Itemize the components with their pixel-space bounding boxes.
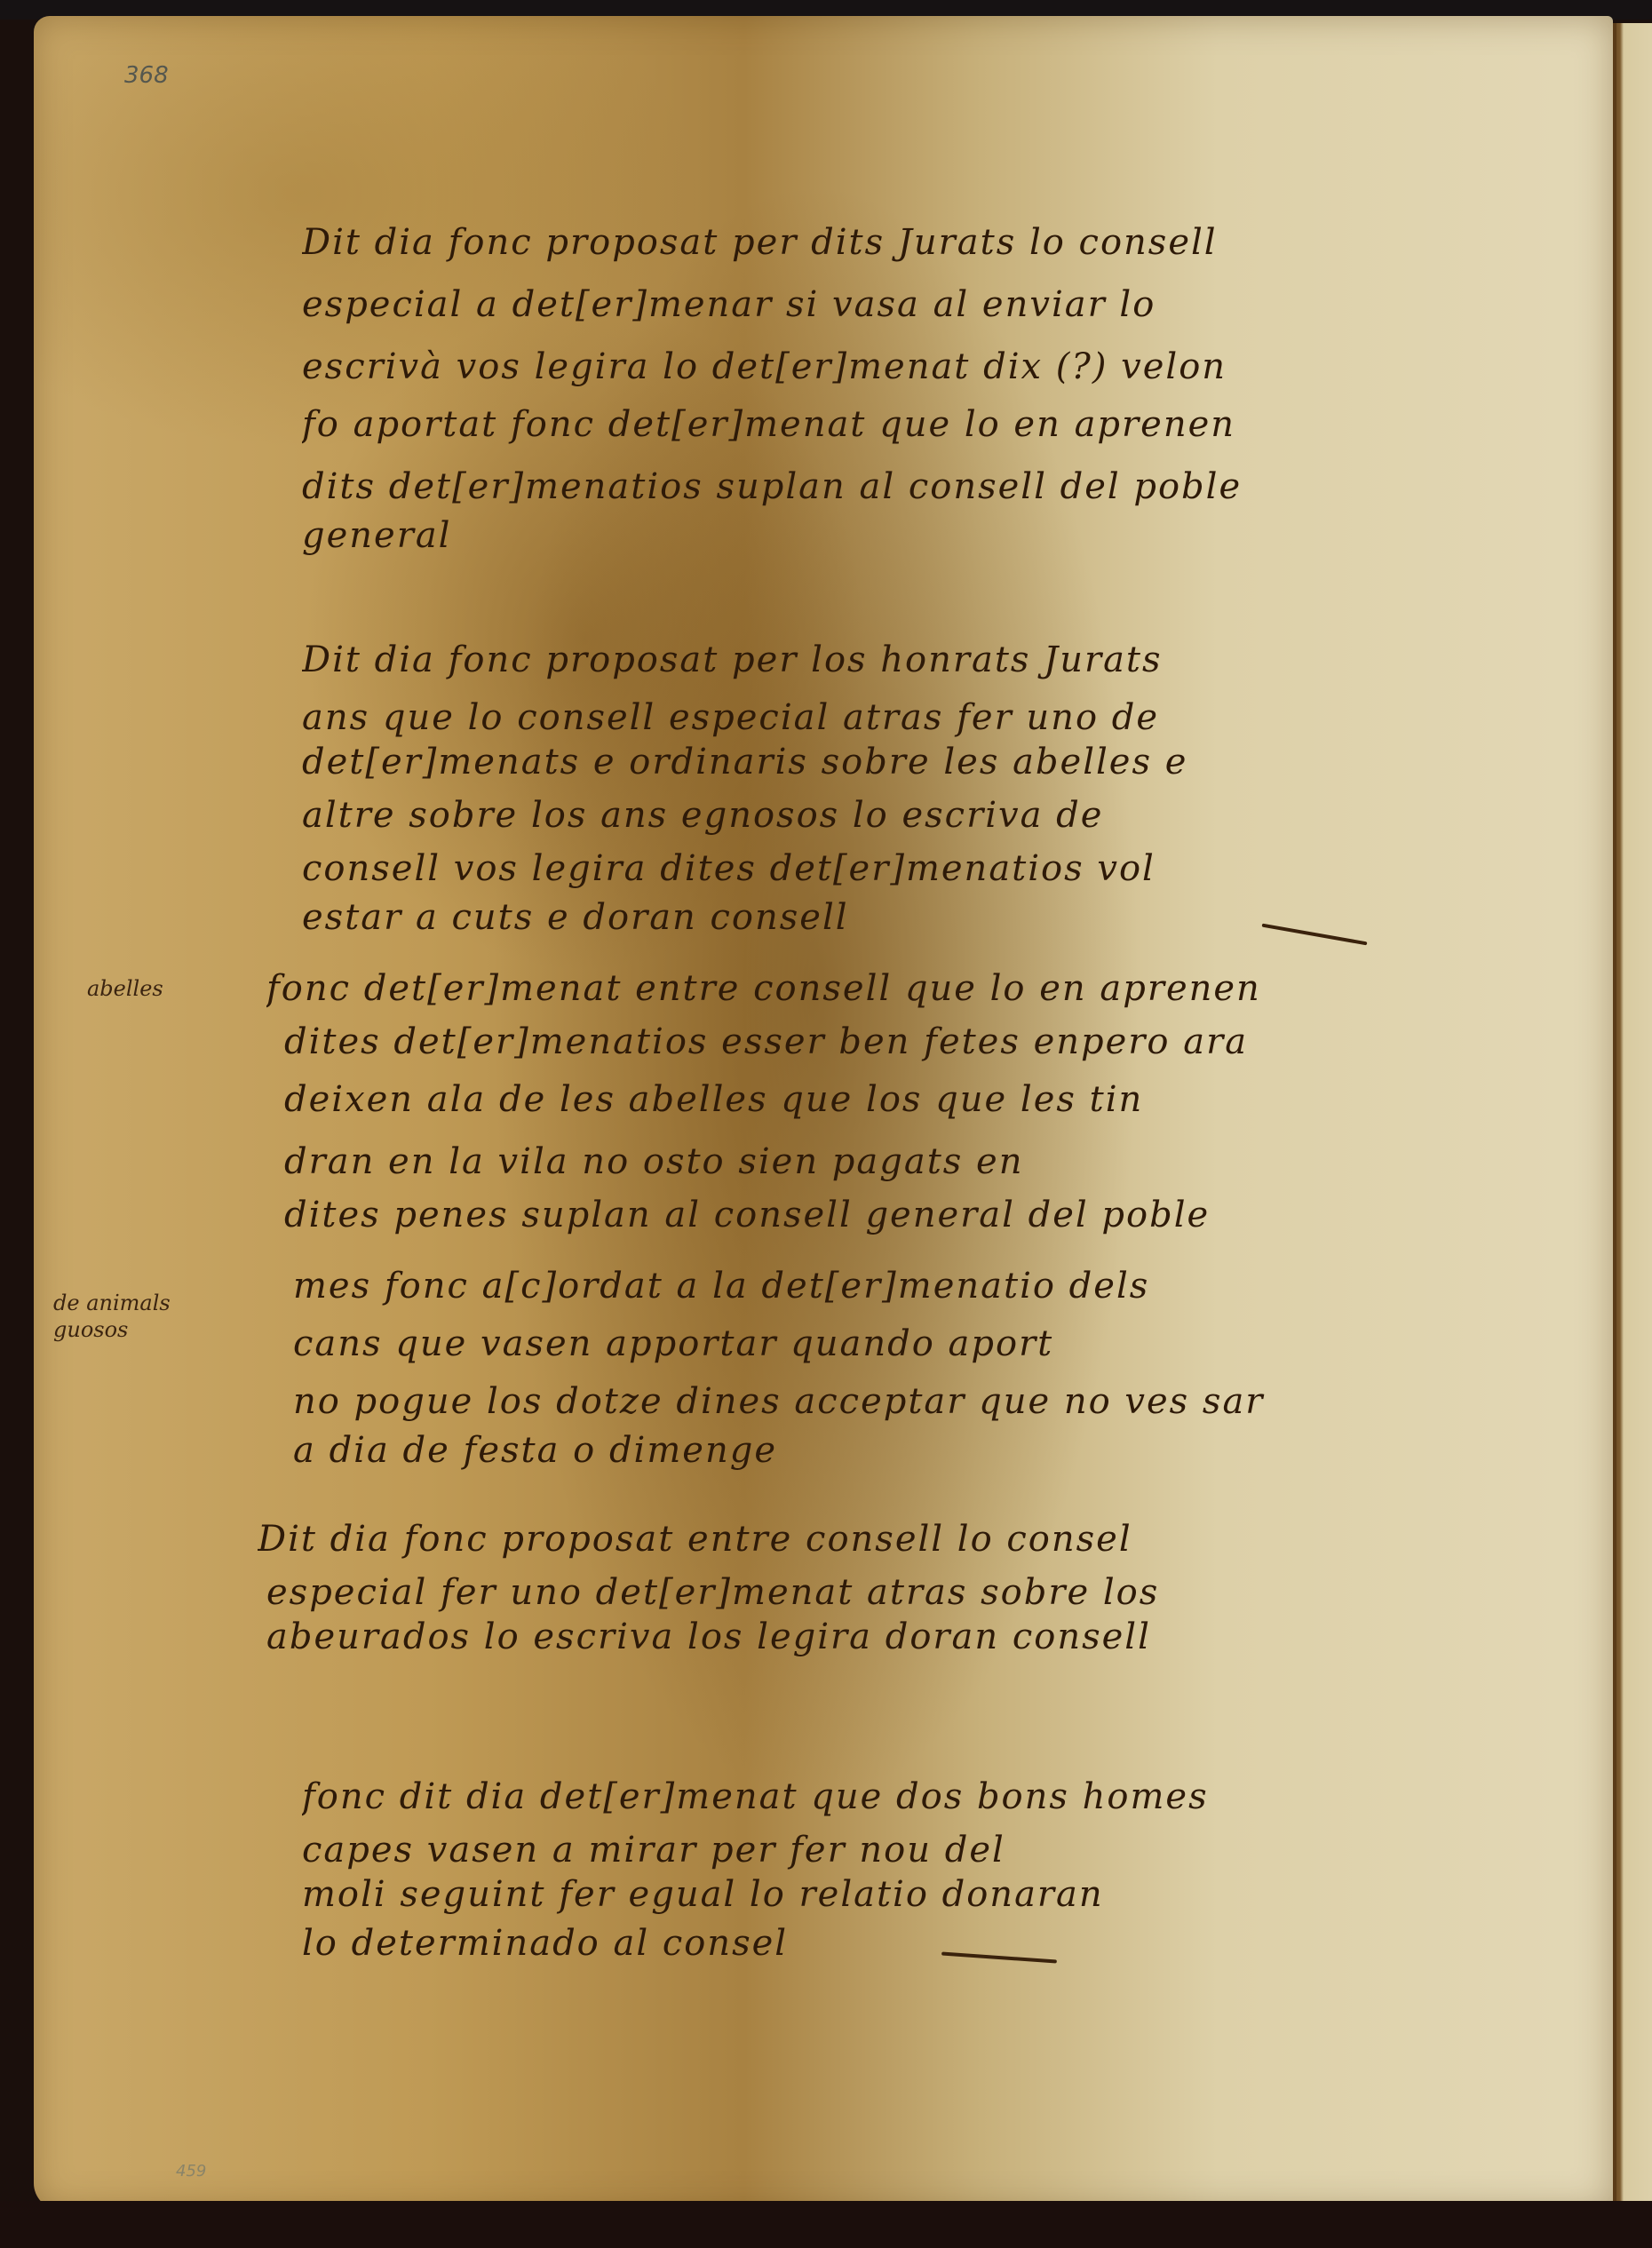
entry-6-line-4: lo determinado al consel: [302, 1923, 1528, 1964]
entry-4-line-3: no pogue los dotze dines acceptar que no…: [293, 1381, 1528, 1422]
margin-note-animals: de animals guosos: [53, 1290, 171, 1343]
folio-number-bottom: 459: [176, 2162, 206, 2180]
entry-2-line-5: consell vos legira dites det[er]menatios…: [302, 848, 1528, 889]
folio-number-top: 368: [124, 62, 169, 89]
entry-6-line-1: fonc dit dia det[er]menat que dos bons h…: [302, 1776, 1528, 1817]
entry-4-line-2: cans que vasen apportar quando aport: [293, 1323, 1528, 1364]
entry-2-line-2: ans que lo consell especial atras fer un…: [302, 697, 1528, 738]
entry-5-line-1: Dit dia fonc proposat entre consell lo c…: [258, 1519, 1528, 1560]
entry-1-line-5: dits det[er]menatios suplan al consell d…: [302, 466, 1528, 507]
entry-4-line-4: a dia de festa o dimenge: [293, 1430, 1528, 1471]
entry-1-line-3: escrivà vos legira lo det[er]menat dix (…: [302, 346, 1528, 387]
entry-2-line-3: det[er]menats e ordinaris sobre les abel…: [302, 742, 1528, 782]
entry-2-line-1: Dit dia fonc proposat per los honrats Ju…: [302, 639, 1528, 680]
entry-4-line-1: mes fonc a[c]ordat a la det[er]menatio d…: [293, 1266, 1528, 1307]
scan-background-bottom: [0, 2201, 1652, 2248]
entry-3-line-1: fonc det[er]menat entre consell que lo e…: [266, 968, 1528, 1009]
entry-6-line-2: capes vasen a mirar per fer nou del: [302, 1830, 1528, 1871]
entry-5-line-2: especial fer uno det[er]menat atras sobr…: [266, 1572, 1528, 1613]
entry-5-line-3: abeurados lo escriva los legira doran co…: [266, 1616, 1528, 1657]
entry-1-line-2: especial a det[er]menar si vasa al envia…: [302, 284, 1528, 325]
entry-3-line-2: dites det[er]menatios esser ben fetes en…: [284, 1021, 1528, 1062]
margin-note-abelles: abelles: [87, 975, 163, 1002]
entry-3-line-3: deixen ala de les abelles que los que le…: [284, 1079, 1528, 1120]
entry-6-line-3: moli seguint fer egual lo relatio donara…: [302, 1874, 1528, 1915]
entry-1-line-1: Dit dia fonc proposat per dits Jurats lo…: [302, 222, 1528, 263]
entry-2-line-4: altre sobre los ans egnosos lo escriva d…: [302, 795, 1528, 836]
entry-1-line-6: general: [302, 515, 1528, 556]
entry-3-line-5: dites penes suplan al consell general de…: [284, 1195, 1528, 1235]
facing-page-edge: [1615, 23, 1652, 2244]
entry-3-line-4: dran en la vila no osto sien pagats en: [284, 1141, 1528, 1182]
entry-1-line-4: fo aportat fonc det[er]menat que lo en a…: [302, 404, 1528, 445]
entry-2-line-6: estar a cuts e doran consell: [302, 897, 1528, 938]
